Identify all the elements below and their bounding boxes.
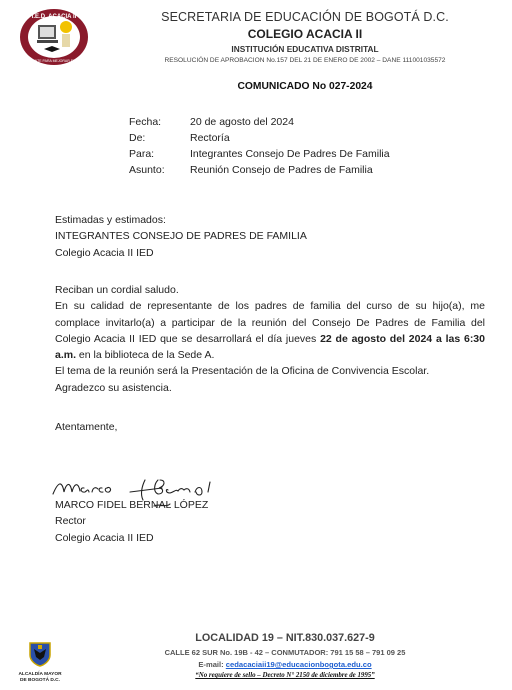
- closing: Atentamente,: [55, 421, 117, 433]
- meta-row-to: Para: Integrantes Consejo De Padres De F…: [129, 146, 390, 162]
- meta-value: Integrantes Consejo De Padres De Familia: [190, 146, 390, 162]
- signer-role: Rector: [55, 513, 208, 529]
- meta-key: De:: [129, 130, 190, 146]
- meta-value: Reunión Consejo de Padres de Familia: [190, 162, 373, 178]
- email-link[interactable]: cedacaciaii19@educacionbogota.edu.co: [226, 660, 372, 669]
- greeting-line: Estimadas y estimados:: [55, 212, 485, 228]
- meeting-topic: El tema de la reunión será la Presentaci…: [55, 363, 485, 379]
- greeting-school: Colegio Acacia II IED: [55, 245, 485, 261]
- salutation: Reciban un cordial saludo.: [55, 282, 485, 298]
- svg-text:I.E.D. ACACIA II: I.E.D. ACACIA II: [32, 14, 77, 20]
- meta-key: Fecha:: [129, 114, 190, 130]
- signer-block: MARCO FIDEL BERNAL LÓPEZ Rector Colegio …: [55, 497, 208, 546]
- meta-key: Asunto:: [129, 162, 190, 178]
- thanks-line: Agradezco su asistencia.: [55, 380, 485, 396]
- school-crest-icon: I.E.D. ACACIA II EL PRESENTE PARA MEJORA…: [18, 7, 90, 67]
- meta-row-date: Fecha: 20 de agosto del 2024: [129, 114, 390, 130]
- seal-label-line2: DE BOGOTÁ D.C.: [17, 678, 63, 684]
- footer-email-line: E-mail: cedacaciaii19@educacionbogota.ed…: [100, 660, 470, 669]
- meta-value: 20 de agosto del 2024: [190, 114, 294, 130]
- meeting-location: en la biblioteca de la Sede A.: [76, 349, 214, 361]
- email-label: E-mail:: [198, 660, 225, 669]
- resolution-line: RESOLUCIÓN DE APROBACION No.157 DEL 21 D…: [100, 57, 510, 64]
- footer-note: “No requiere de sello – Decreto N° 2150 …: [100, 672, 470, 679]
- bogota-coat-of-arms-icon: ALCALDÍA MAYOR DE BOGOTÁ D.C.: [17, 641, 63, 687]
- secretaria-heading: SECRETARIA DE EDUCACIÓN DE BOGOTÁ D.C.: [100, 10, 510, 24]
- meta-key: Para:: [129, 146, 190, 162]
- signer-name: MARCO FIDEL BERNAL LÓPEZ: [55, 497, 208, 513]
- greeting-block: Estimadas y estimados: INTEGRANTES CONSE…: [55, 212, 485, 261]
- meta-row-subject: Asunto: Reunión Consejo de Padres de Fam…: [129, 162, 390, 178]
- document-title: COMUNICADO No 027-2024: [100, 81, 510, 92]
- invitation-paragraph: En su calidad de representante de los pa…: [55, 298, 485, 363]
- signer-org: Colegio Acacia II IED: [55, 530, 208, 546]
- memo-meta: Fecha: 20 de agosto del 2024 De: Rectorí…: [129, 114, 390, 178]
- greeting-recipients: INTEGRANTES CONSEJO DE PADRES DE FAMILIA: [55, 228, 485, 244]
- school-name: COLEGIO ACACIA II: [100, 27, 510, 41]
- meta-row-from: De: Rectoría: [129, 130, 390, 146]
- footer-address: CALLE 62 SUR No. 19B - 42 – CONMUTADOR: …: [100, 648, 470, 657]
- meta-value: Rectoría: [190, 130, 230, 146]
- footer-localidad: LOCALIDAD 19 – NIT.830.037.627-9: [100, 632, 470, 644]
- institution-type: INSTITUCIÓN EDUCATIVA DISTRITAL: [100, 44, 510, 54]
- svg-text:EL PRESENTE PARA MEJORAR EL FU: EL PRESENTE PARA MEJORAR EL FUTURO: [18, 59, 90, 63]
- body-block: Reciban un cordial saludo. En su calidad…: [55, 282, 485, 396]
- decree-note: “No requiere de sello – Decreto N° 2150 …: [195, 672, 374, 679]
